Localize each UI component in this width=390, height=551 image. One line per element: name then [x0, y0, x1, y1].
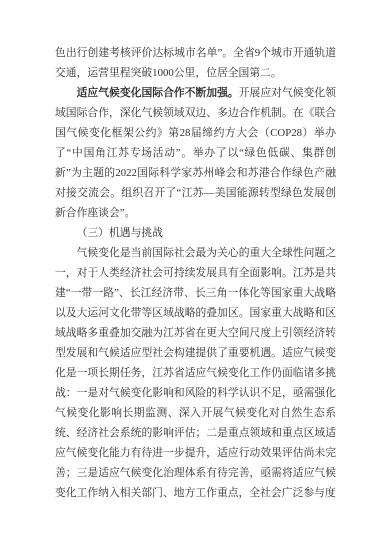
- paragraph-lead-emphasis: 适应气候变化国际合作不断加强。: [77, 87, 239, 99]
- paragraph-rail-transit-continued: 色出行创建考核评价达标城市名单”。全省9个城市开通轨道交通，运营里程突破1000…: [55, 43, 336, 83]
- paragraph-opportunities-and-challenges: 气候变化是当前国际社会最为关心的重大全球性问题之一，对于人类经济社会可持续发展具…: [55, 243, 336, 503]
- paragraph-text: 开展应对气候变化领域国际合作，深化气候领域双边、多边合作机制。在《联合国气候变化…: [55, 87, 336, 219]
- section-heading-text: （三）机遇与挑战: [77, 227, 163, 239]
- paragraph-text: 气候变化是当前国际社会最为关心的重大全球性问题之一，对于人类经济社会可持续发展具…: [55, 247, 336, 499]
- document-body: 色出行创建考核评价达标城市名单”。全省9个城市开通轨道交通，运营里程突破1000…: [55, 43, 336, 503]
- paragraph-international-cooperation: 适应气候变化国际合作不断加强。开展应对气候变化领域国际合作，深化气候领域双边、多…: [55, 83, 336, 223]
- document-page: 色出行创建考核评价达标城市名单”。全省9个城市开通轨道交通，运营里程突破1000…: [0, 0, 390, 551]
- heading-opportunities-and-challenges: （三）机遇与挑战: [55, 223, 336, 243]
- paragraph-text: 色出行创建考核评价达标城市名单”。全省9个城市开通轨道交通，运营里程突破1000…: [55, 47, 336, 79]
